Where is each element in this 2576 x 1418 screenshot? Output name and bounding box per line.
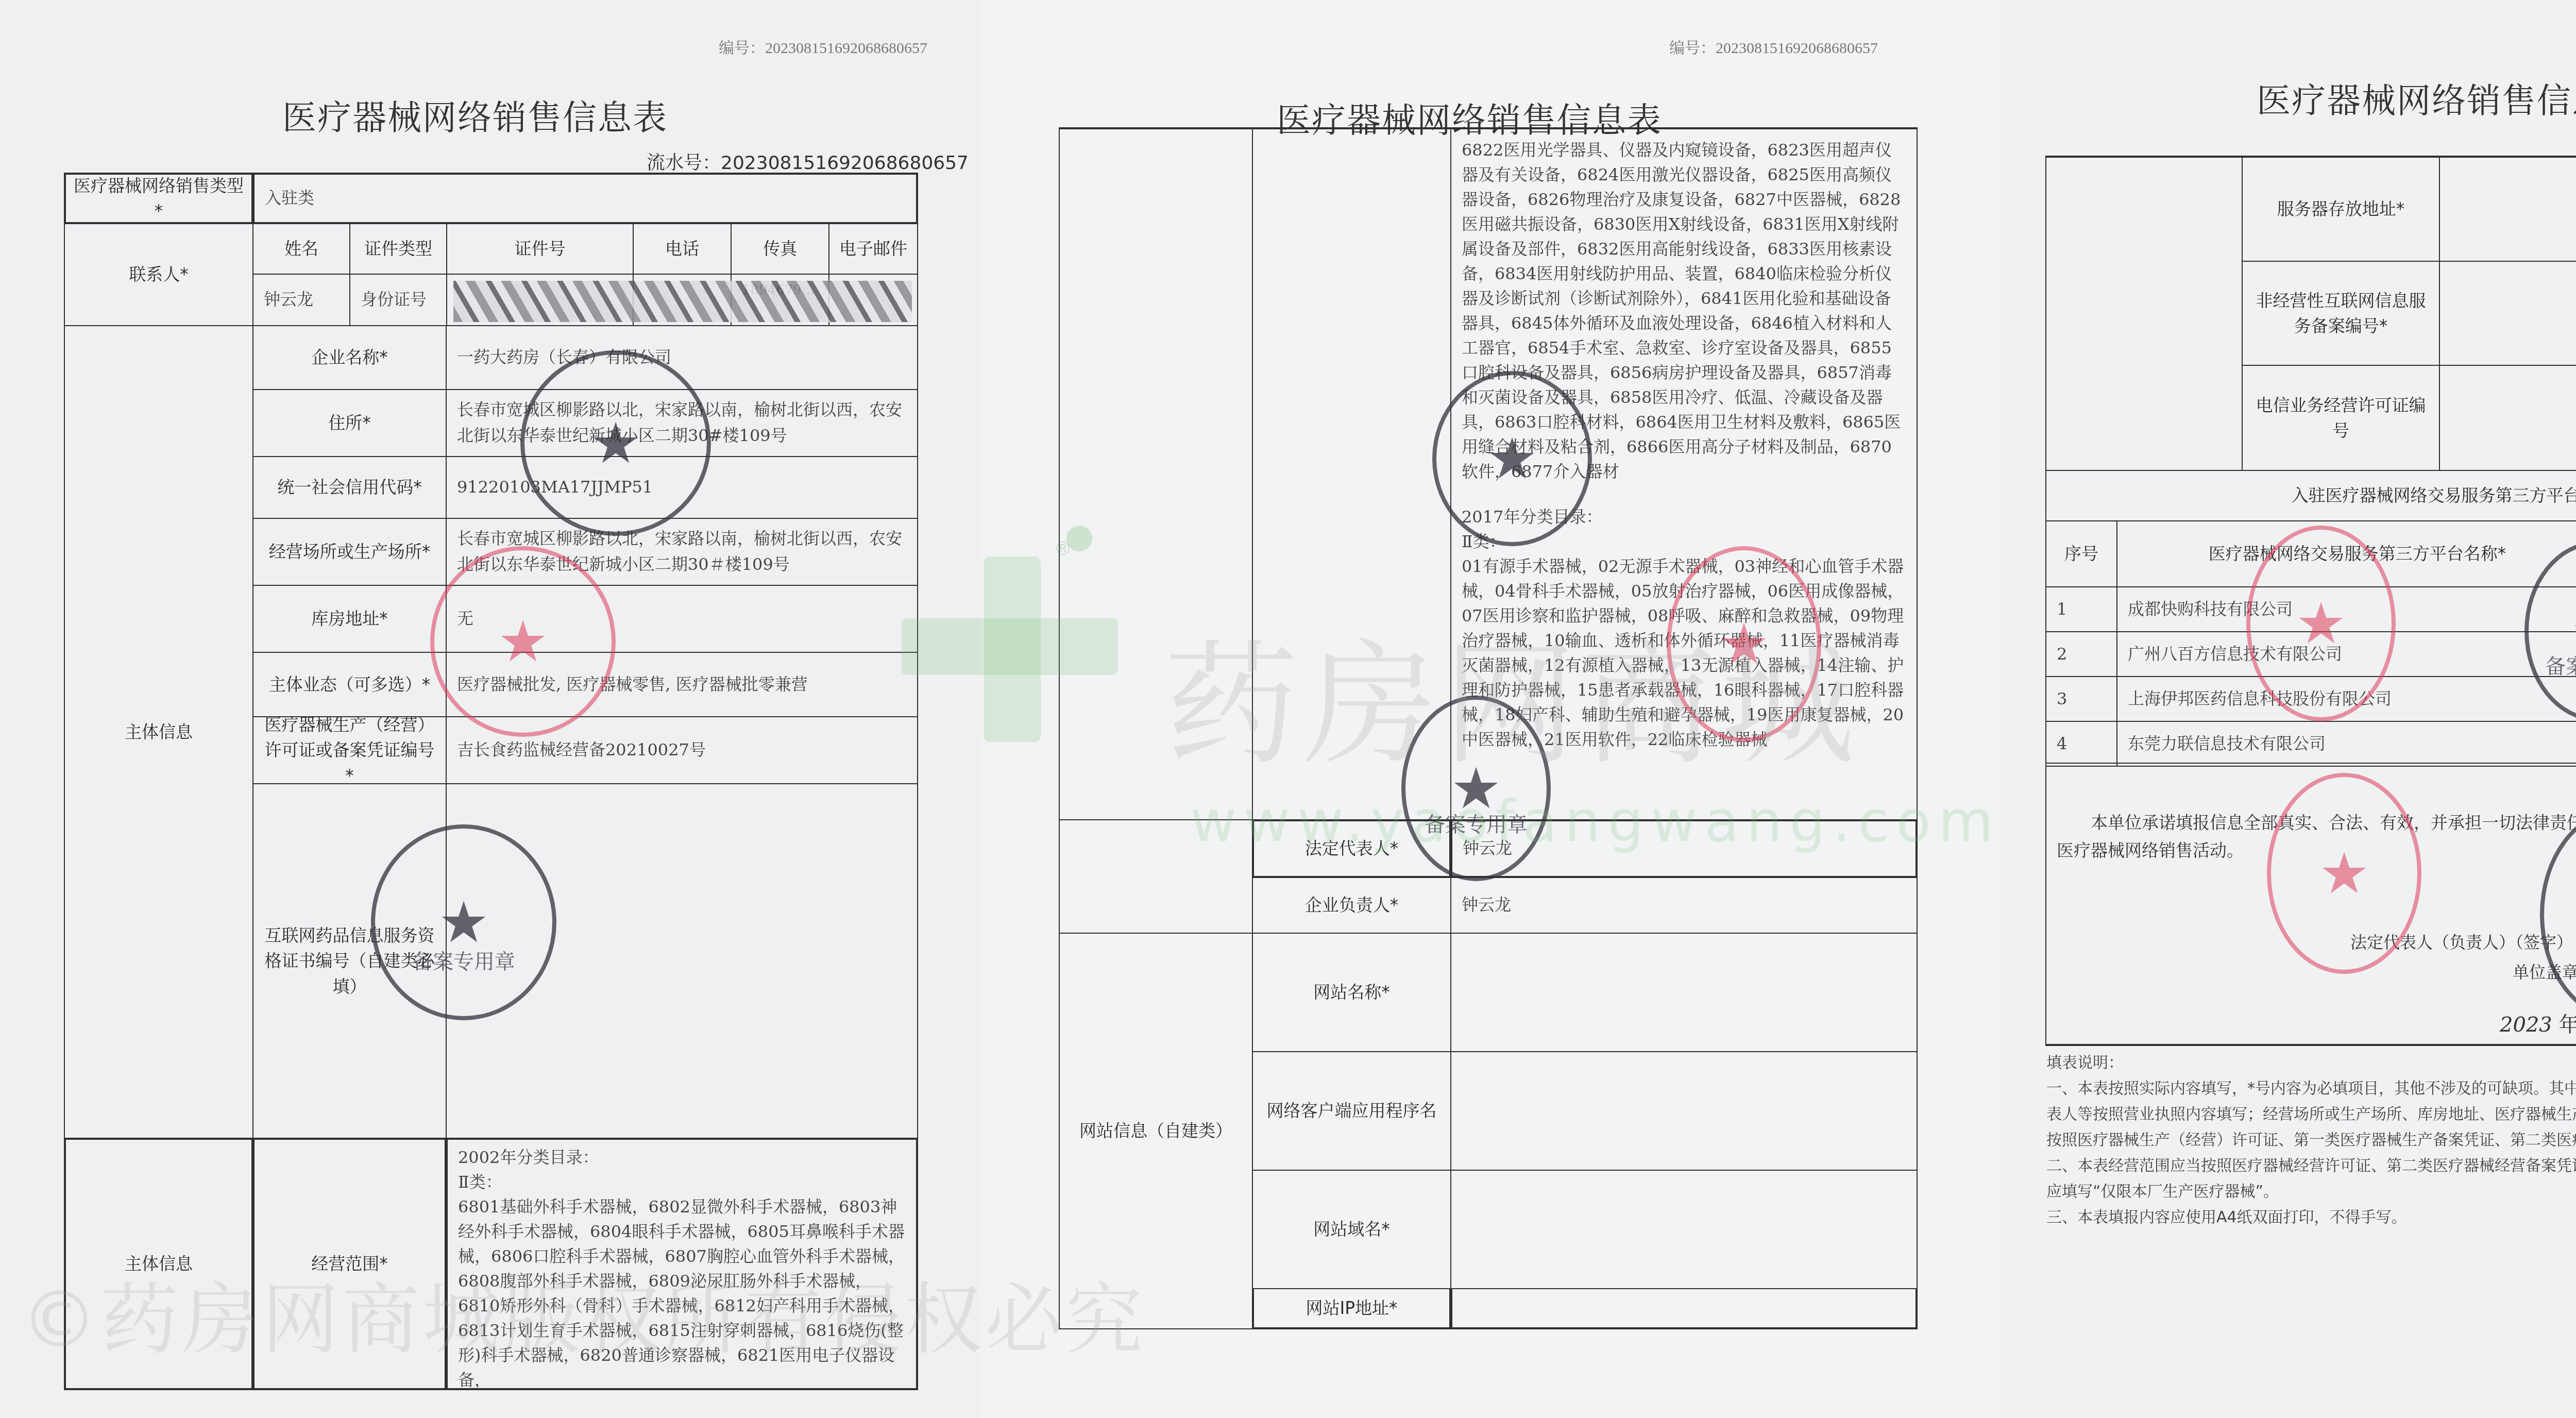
flow-value: 20230815169206868065​7 (721, 153, 969, 174)
contact-name: 钟云龙 (252, 274, 350, 326)
main-info-label: 主体信息 (64, 325, 253, 1139)
website-info-col1-cont (2045, 156, 2243, 471)
platform-row-no: 3 (2045, 676, 2117, 722)
redaction-mark (453, 281, 912, 322)
website-name-label: 网站名称* (1252, 933, 1451, 1052)
principal-value: 钟云龙 (1450, 877, 1918, 934)
main-info-cont-col1 (1059, 127, 1253, 820)
scope-items-part1: 6801基础外科手术器械，6802显微外科手术器械，6803神经外科手术器械，6… (458, 1194, 906, 1392)
business-scope-continued: 6822医用光学器具、仪器及内窥镜设备，6823医用超声仪器及有关设备，6824… (1450, 127, 1918, 820)
date-year: 2023 (2500, 1013, 2552, 1037)
date-year-label: 年 (2559, 1013, 2576, 1037)
telecom-license-label: 电信业务经营许可证编号 (2242, 365, 2440, 471)
field-label-company-name: 企业名称* (252, 325, 447, 390)
platform-section-title: 入驻医疗器械网络交易服务第三方平台（入驻类） (2045, 470, 2576, 521)
field-business-form: 医疗器械批发, 医疗器械零售, 医疗器械批零兼营 (446, 652, 918, 717)
filling-instructions: 填表说明： 一、本表按照实际内容填写，*号内容为必填项目，其他不涉及的可缺项。其… (2046, 1050, 2576, 1230)
notes-title: 填表说明： (2046, 1050, 2576, 1076)
legal-rep-value: 钟云龙 (1450, 819, 1918, 878)
platform-row-name: 东莞力联信息技术有限公司 (2116, 721, 2576, 767)
contact-header-name: 姓名 (252, 223, 350, 275)
platform-header-name: 医疗器械网络交易服务第三方平台名称* (2116, 520, 2576, 587)
flow-number: 流水号：20230815169206868065​7 (647, 148, 969, 175)
server-address-value (2439, 156, 2576, 262)
contact-id-type: 身份证号 (349, 274, 447, 326)
website-ip-value (1450, 1288, 1918, 1329)
field-internet-drug-cert (446, 783, 918, 1139)
page-title: 医疗器械网络销售信息表 (282, 90, 668, 139)
platform-row-no: 2 (2045, 631, 2117, 677)
platform-row-name: 广州八百方信息技术有限公司 (2116, 631, 2576, 677)
platform-row-name: 成都快购科技有限公司 (2116, 586, 2576, 632)
field-warehouse: 无 (446, 585, 918, 653)
serial-label: 编号： (1669, 40, 1716, 57)
contact-header-phone: 电话 (633, 223, 732, 275)
field-label-internet-drug-cert: 互联网药品信息服务资格证书编号（自建类必填） (252, 783, 447, 1139)
scope-2017-class-2: Ⅱ类： (1462, 529, 1906, 554)
scope-catalog-2002-title: 2002年分类目录： (458, 1145, 906, 1170)
field-label-business-form: 主体业态（可多选）* (252, 652, 447, 717)
scope-items-part2: 6822医用光学器具、仪器及内窥镜设备，6823医用超声仪器及有关设备，6824… (1462, 138, 1906, 484)
field-license-number: 吉长食药监械经营备20210027号 (446, 716, 918, 784)
field-label-business-premises: 经营场所或生产场所* (252, 518, 447, 586)
main-info-col1-tail (1059, 819, 1253, 934)
sales-type-label: 医疗器械网络销售类型* (64, 173, 253, 224)
page-3: 编号：20230815169206868065​7 医疗器械网络销售信息表 服务… (1999, 0, 2576, 1418)
page-title: 医疗器械网络销售信息表 (2257, 73, 2576, 122)
page-2: 编号：20230815169206868065​7 医疗器械网络销售信息表 68… (994, 0, 1984, 1418)
icp-record-value (2439, 261, 2576, 366)
scope-label-cont-col2 (1252, 127, 1451, 820)
scope-2017-items: 01有源手术器械，02无源手术器械，03神经和心血管手术器械，04骨科手术器械，… (1462, 554, 1906, 752)
platform-header-no: 序号 (2045, 520, 2117, 587)
pledge-block: 本单位承诺填报信息全部真实、合法、有效，并承担一切法律责任。同时，保证按照法律 … (2045, 763, 2576, 1046)
serial-value: 20230815169206868065​7 (765, 40, 927, 57)
pledge-text: 本单位承诺填报信息全部真实、合法、有效，并承担一切法律责任。同时，保证按照法律 … (2057, 809, 2576, 865)
website-domain-value (1450, 1170, 1918, 1289)
platform-row-no: 1 (2045, 586, 2117, 632)
note-1: 一、本表按照实际内容填写，*号内容为必填项目，其他不涉及的可缺项。其中，企业名称… (2046, 1076, 2576, 1153)
contact-header-id-number: 证件号 (446, 223, 634, 275)
main-info-label-2: 主体信息 (64, 1138, 253, 1390)
website-domain-label: 网站域名* (1252, 1170, 1451, 1289)
website-ip-label: 网站IP地址* (1252, 1288, 1451, 1329)
note-3: 三、本表填报内容应使用A4纸双面打印，不得手写。 (2046, 1205, 2576, 1230)
note-2: 二、本表经营范围应当按照医疗器械经营许可证、第二类医疗器械经营备案凭证内容填写，… (2046, 1153, 2576, 1205)
sign-date: 2023 年 8月 15日 (2500, 1008, 2576, 1038)
principal-label: 企业负责人* (1252, 877, 1451, 934)
telecom-license-value (2439, 365, 2576, 471)
seal-label: 单位盖章 (2513, 959, 2576, 983)
field-label-credit-code: 统一社会信用代码* (252, 456, 447, 519)
platform-row-no: 4 (2045, 721, 2117, 767)
page-1: 编号：20230815169206868065​7 医疗器械网络销售信息表 流水… (0, 0, 979, 1418)
signature-label: 法定代表人（负责人）（签字） (2350, 930, 2573, 953)
server-address-label: 服务器存放地址* (2242, 156, 2440, 262)
field-address: 长春市宽城区柳影路以北，宋家路以南，榆树北街以西，农安北街以东华泰世纪新城小区二… (446, 389, 918, 457)
field-business-scope: 2002年分类目录： Ⅱ类： 6801基础外科手术器械，6802显微外科手术器械… (446, 1138, 918, 1390)
field-label-address: 住所* (252, 389, 447, 457)
field-company-name: 一药大药房（长春）有限公司 (446, 325, 918, 390)
field-label-business-scope: 经营范围* (252, 1138, 447, 1390)
website-info-label: 网站信息（自建类） (1059, 933, 1253, 1329)
serial-value: 20230815169206868065​7 (1716, 40, 1878, 57)
sales-type-value: 入驻类 (252, 173, 918, 224)
field-credit-code: 91220103MA17JJMP51 (446, 456, 918, 519)
field-business-premises: 长春市宽城区柳影路以北，宋家路以南，榆树北街以西，农安北街以东华泰世纪新城小区二… (446, 518, 918, 586)
serial-label: 编号： (719, 40, 765, 57)
field-label-license-number: 医疗器械生产（经营）许可证或备案凭证编号* (252, 716, 447, 784)
platform-row-name: 上海伊邦医药信息科技股份有限公司 (2116, 676, 2576, 722)
contact-label: 联系人* (64, 223, 253, 326)
website-name-value (1450, 933, 1918, 1052)
serial-number: 编号：20230815169206868065​7 (719, 35, 927, 58)
contact-header-id-type: 证件类型 (349, 223, 447, 275)
contact-header-fax: 传真 (731, 223, 829, 275)
scope-catalog-2017-title: 2017年分类目录： (1462, 504, 1906, 529)
scope-class-2: Ⅱ类： (458, 1170, 906, 1194)
flow-label: 流水号： (647, 153, 721, 174)
contact-header-email: 电子邮件 (828, 223, 918, 275)
serial-number: 编号：20230815169206868065​7 (1669, 35, 1878, 58)
field-label-warehouse: 库房地址* (252, 585, 447, 653)
client-app-label: 网络客户端应用程序名 (1252, 1051, 1451, 1171)
icp-record-label: 非经营性互联网信息服务备案编号* (2242, 261, 2440, 366)
legal-rep-label: 法定代表人* (1252, 819, 1451, 878)
client-app-value (1450, 1051, 1918, 1171)
